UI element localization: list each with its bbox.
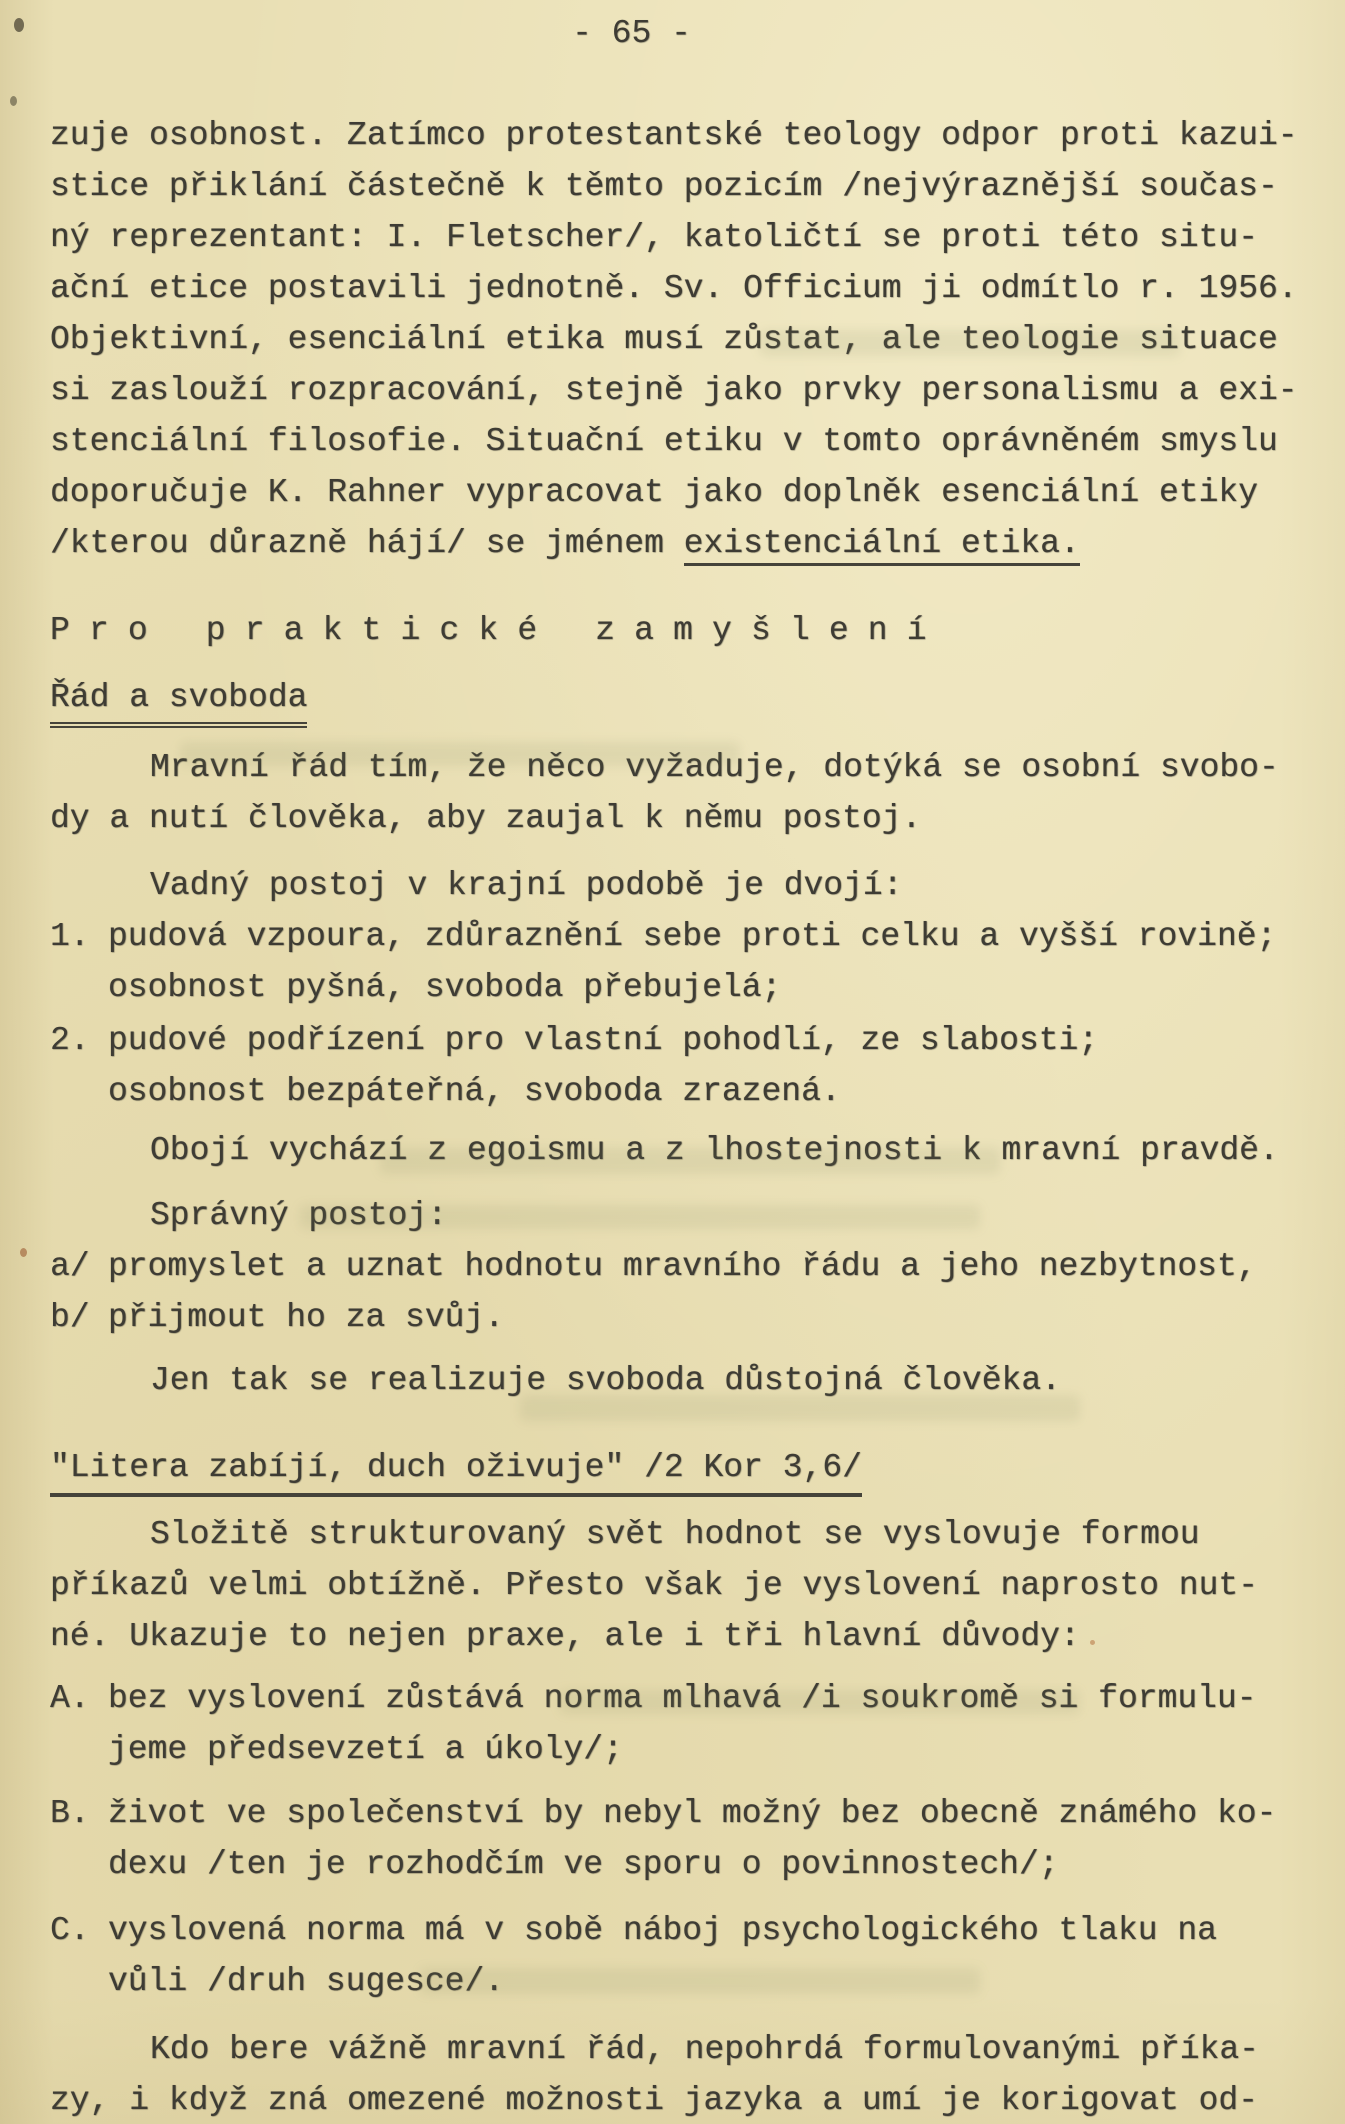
reason-list-item: B. život ve společenství by nebyl možný … [50,1788,1305,1890]
text-line: zuje osobnost. Zatímco protestantské teo… [50,110,1305,161]
text-line: Objektivní, esenciální etika musí zůstat… [50,314,1305,365]
text-line: bez vyslovení zůstává norma mlhavá /i so… [108,1673,1305,1724]
list-item-body: život ve společenství by nebyl možný bez… [108,1788,1305,1890]
text-line: Složitě strukturovaný svět hodnot se vys… [50,1509,1305,1560]
list-marker: 2. [50,1015,108,1117]
text-line: /kterou důrazně hájí/ se jménem existenc… [50,518,1305,569]
list-item-body: promyslet a uznat hodnotu mravního řádu … [108,1241,1305,1292]
subsection-heading: "Litera zabíjí, duch oživuje" /2 Kor 3,6… [50,1442,1305,1497]
text-line: vyslovená norma má v sobě náboj psycholo… [108,1905,1305,1956]
text-line: vůli /druh sugesce/. [108,1956,1305,2007]
reason-list-item: C. vyslovená norma má v sobě náboj psych… [50,1905,1305,2007]
text-line: né. Ukazuje to nejen praxe, ale i tři hl… [50,1611,1305,1662]
text-line: osobnost bezpáteřná, svoboda zrazená. [108,1066,1305,1117]
list-marker: b/ [50,1292,108,1343]
document-page: - 65 - zuje osobnost. Zatímco protestant… [0,0,1345,2124]
list-item-body: bez vyslovení zůstává norma mlhavá /i so… [108,1673,1305,1775]
text-line: doporučuje K. Rahner vypracovat jako dop… [50,467,1305,518]
text-line: stenciální filosofie. Situační etiku v t… [50,416,1305,467]
text-line: promyslet a uznat hodnotu mravního řádu … [108,1241,1305,1292]
paragraph-continuation: zuje osobnost. Zatímco protestantské teo… [50,110,1305,569]
text-line: ný reprezentant: I. Fletscher/, katoličt… [50,212,1305,263]
text-line: jeme předsevzetí a úkoly/; [108,1724,1305,1775]
subsection-heading: Řád a svoboda [50,672,1305,728]
text-line: pudová vzpoura, zdůraznění sebe proti ce… [108,911,1305,962]
closing-line: Jen tak se realizuje svoboda důstojná čl… [50,1355,1305,1406]
list-marker: B. [50,1788,108,1890]
numbered-list-item: 1. pudová vzpoura, zdůraznění sebe proti… [50,911,1305,1013]
list-item-body: pudová vzpoura, zdůraznění sebe proti ce… [108,911,1305,1013]
text-line: dexu /ten je rozhodčím ve sporu o povinn… [108,1839,1305,1890]
page-number: - 65 - [4,14,1259,54]
list-item-body: pudové podřízení pro vlastní pohodlí, ze… [108,1015,1305,1117]
text-line: zy, i když zná omezené možnosti jazyka a… [50,2075,1305,2124]
text-line: Mravní řád tím, že něco vyžaduje, dotýká… [50,742,1305,793]
text-line: pudové podřízení pro vlastní pohodlí, ze… [108,1015,1305,1066]
text-line: stice přiklání částečně k těmto pozicím … [50,161,1305,212]
paragraph: Kdo bere vážně mravní řád, nepohrdá form… [50,2024,1305,2124]
underlined-title: "Litera zabíjí, duch oživuje" /2 Kor 3,6… [50,1446,862,1497]
text-line: osobnost pyšná, svoboda přebujelá; [108,962,1305,1013]
text-line: život ve společenství by nebyl možný bez… [108,1788,1305,1839]
conclusion-line: Obojí vychází z egoismu a z lhostejnosti… [50,1125,1305,1176]
underlined-term: existenciální etika. [684,525,1080,566]
paragraph: Složitě strukturovaný svět hodnot se vys… [50,1509,1305,1662]
text-line: dy a nutí člověka, aby zaujal k němu pos… [50,793,1305,844]
numbered-list-item: 2. pudové podřízení pro vlastní pohodlí,… [50,1015,1305,1117]
text-segment: /kterou důrazně hájí/ se jménem [50,525,684,562]
underlined-title: Řád a svoboda [50,676,307,728]
list-marker: a/ [50,1241,108,1292]
text-line: příkazů velmi obtížně. Přesto však je vy… [50,1560,1305,1611]
reason-list-item: A. bez vyslovení zůstává norma mlhavá /i… [50,1673,1305,1775]
list-item-body: přijmout ho za svůj. [108,1292,1305,1343]
label-line: Správný postoj: [50,1190,1305,1241]
section-heading: Pro praktické zamyšlení [50,605,1305,656]
paragraph: Mravní řád tím, že něco vyžaduje, dotýká… [50,742,1305,844]
lettered-list-item: b/ přijmout ho za svůj. [50,1292,1305,1343]
lettered-list-item: a/ promyslet a uznat hodnotu mravního řá… [50,1241,1305,1292]
text-line: Kdo bere vážně mravní řád, nepohrdá form… [50,2024,1305,2075]
text-line: přijmout ho za svůj. [108,1292,1305,1343]
paper-speck [10,96,17,106]
list-intro-line: Vadný postoj v krajní podobě je dvojí: [50,860,1305,911]
paper-speck [20,1248,27,1257]
list-item-body: vyslovená norma má v sobě náboj psycholo… [108,1905,1305,2007]
list-marker: 1. [50,911,108,1013]
list-marker: A. [50,1673,108,1775]
list-marker: C. [50,1905,108,2007]
text-line: ační etice postavili jednotně. Sv. Offic… [50,263,1305,314]
text-line: si zaslouží rozpracování, stejně jako pr… [50,365,1305,416]
